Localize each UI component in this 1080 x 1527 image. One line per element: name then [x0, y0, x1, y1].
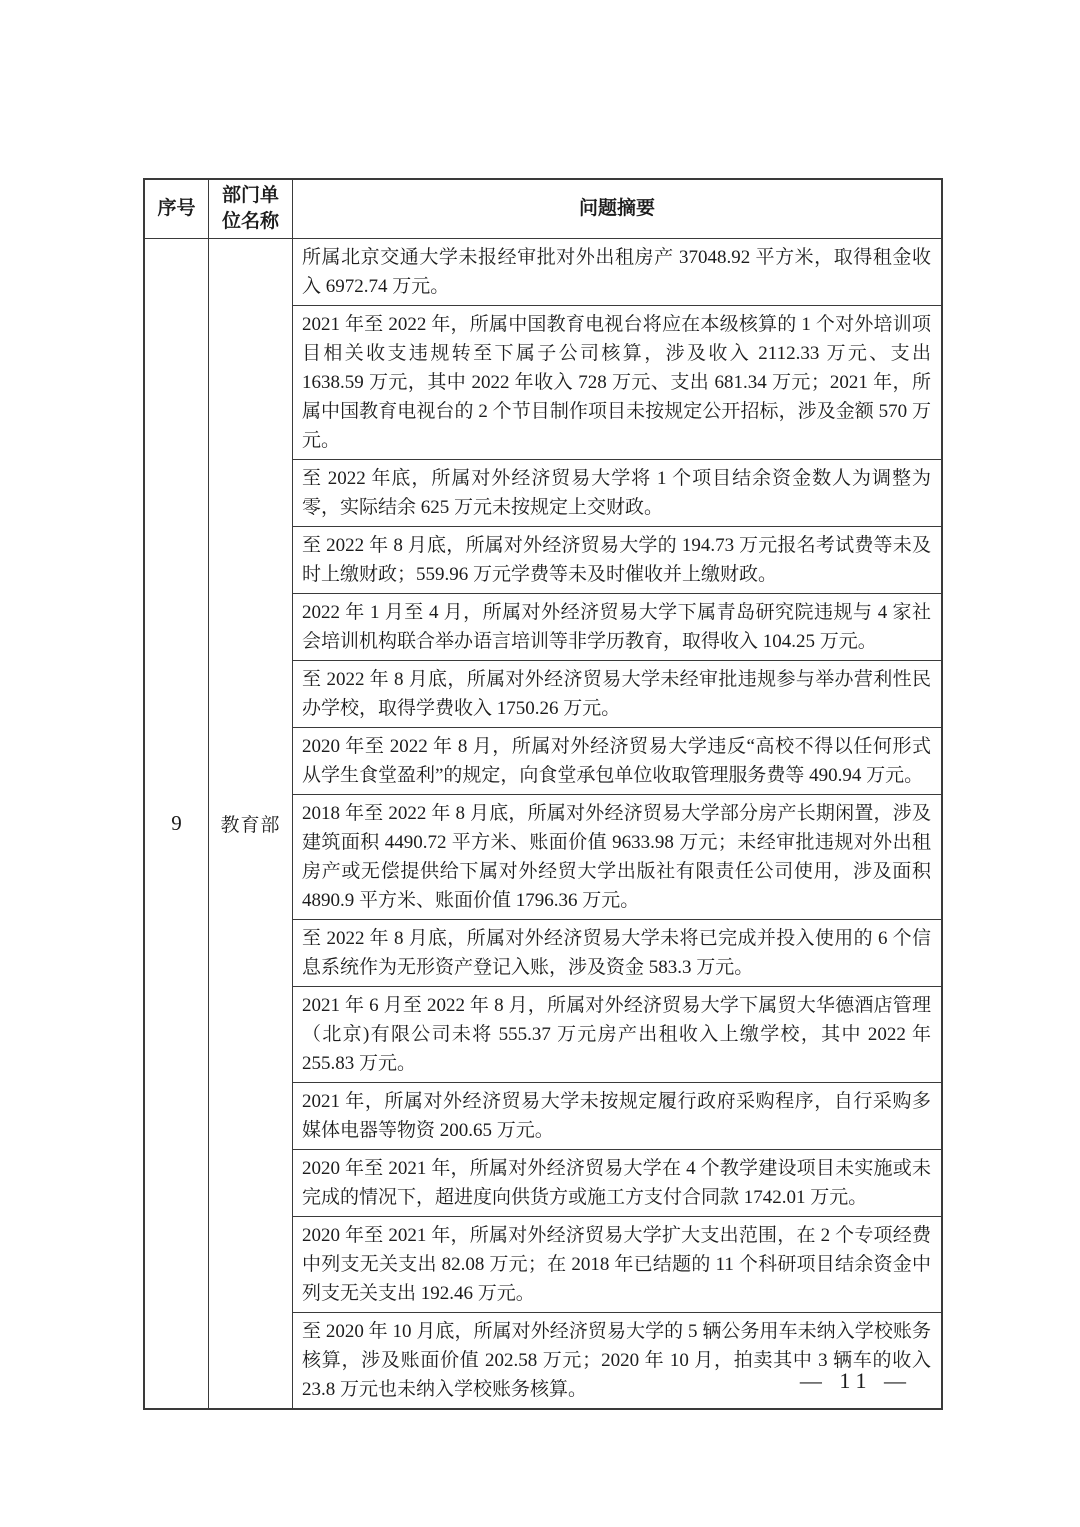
issue-cell: 2021 年至 2022 年，所属中国教育电视台将应在本级核算的 1 个对外培训…: [293, 305, 941, 459]
row-department: 教育部: [209, 239, 293, 1408]
issue-cell: 2020 年至 2021 年，所属对外经济贸易大学在 4 个教学建设项目未实施或…: [293, 1149, 941, 1216]
page-number: — 11 —: [800, 1368, 912, 1394]
issue-cell: 2021 年，所属对外经济贸易大学未按规定履行政府采购程序，自行采购多媒体电器等…: [293, 1082, 941, 1149]
table-header-row: 序号 部门单位名称 问题摘要: [145, 180, 941, 239]
issue-cell: 2021 年 6 月至 2022 年 8 月，所属对外经济贸易大学下属贸大华德酒…: [293, 986, 941, 1082]
header-department: 部门单位名称: [209, 180, 293, 238]
table-body-row: 9 教育部 所属北京交通大学未报经审批对外出租房产 37048.92 平方米，取…: [145, 239, 941, 1408]
issues-column: 所属北京交通大学未报经审批对外出租房产 37048.92 平方米，取得租金收入 …: [293, 239, 941, 1408]
header-index: 序号: [145, 180, 209, 238]
header-summary: 问题摘要: [293, 180, 941, 238]
issue-cell: 2020 年至 2022 年 8 月，所属对外经济贸易大学违反“高校不得以任何形…: [293, 727, 941, 794]
issue-cell: 所属北京交通大学未报经审批对外出租房产 37048.92 平方米，取得租金收入 …: [293, 239, 941, 305]
issue-cell: 2018 年至 2022 年 8 月底，所属对外经济贸易大学部分房产长期闲置，涉…: [293, 794, 941, 919]
issues-table: 序号 部门单位名称 问题摘要 9 教育部 所属北京交通大学未报经审批对外出租房产…: [143, 178, 943, 1410]
issue-cell: 至 2022 年 8 月底，所属对外经济贸易大学未经审批违规参与举办营利性民办学…: [293, 660, 941, 727]
issue-cell: 至 2022 年 8 月底，所属对外经济贸易大学的 194.73 万元报名考试费…: [293, 526, 941, 593]
issue-cell: 至 2022 年底，所属对外经济贸易大学将 1 个项目结余资金数人为调整为零，实…: [293, 459, 941, 526]
document-page: 序号 部门单位名称 问题摘要 9 教育部 所属北京交通大学未报经审批对外出租房产…: [0, 0, 1080, 1527]
row-index: 9: [145, 239, 209, 1408]
issue-cell: 2022 年 1 月至 4 月，所属对外经济贸易大学下属青岛研究院违规与 4 家…: [293, 593, 941, 660]
issue-cell: 至 2022 年 8 月底，所属对外经济贸易大学未将已完成并投入使用的 6 个信…: [293, 919, 941, 986]
issue-cell: 2020 年至 2021 年，所属对外经济贸易大学扩大支出范围，在 2 个专项经…: [293, 1216, 941, 1312]
